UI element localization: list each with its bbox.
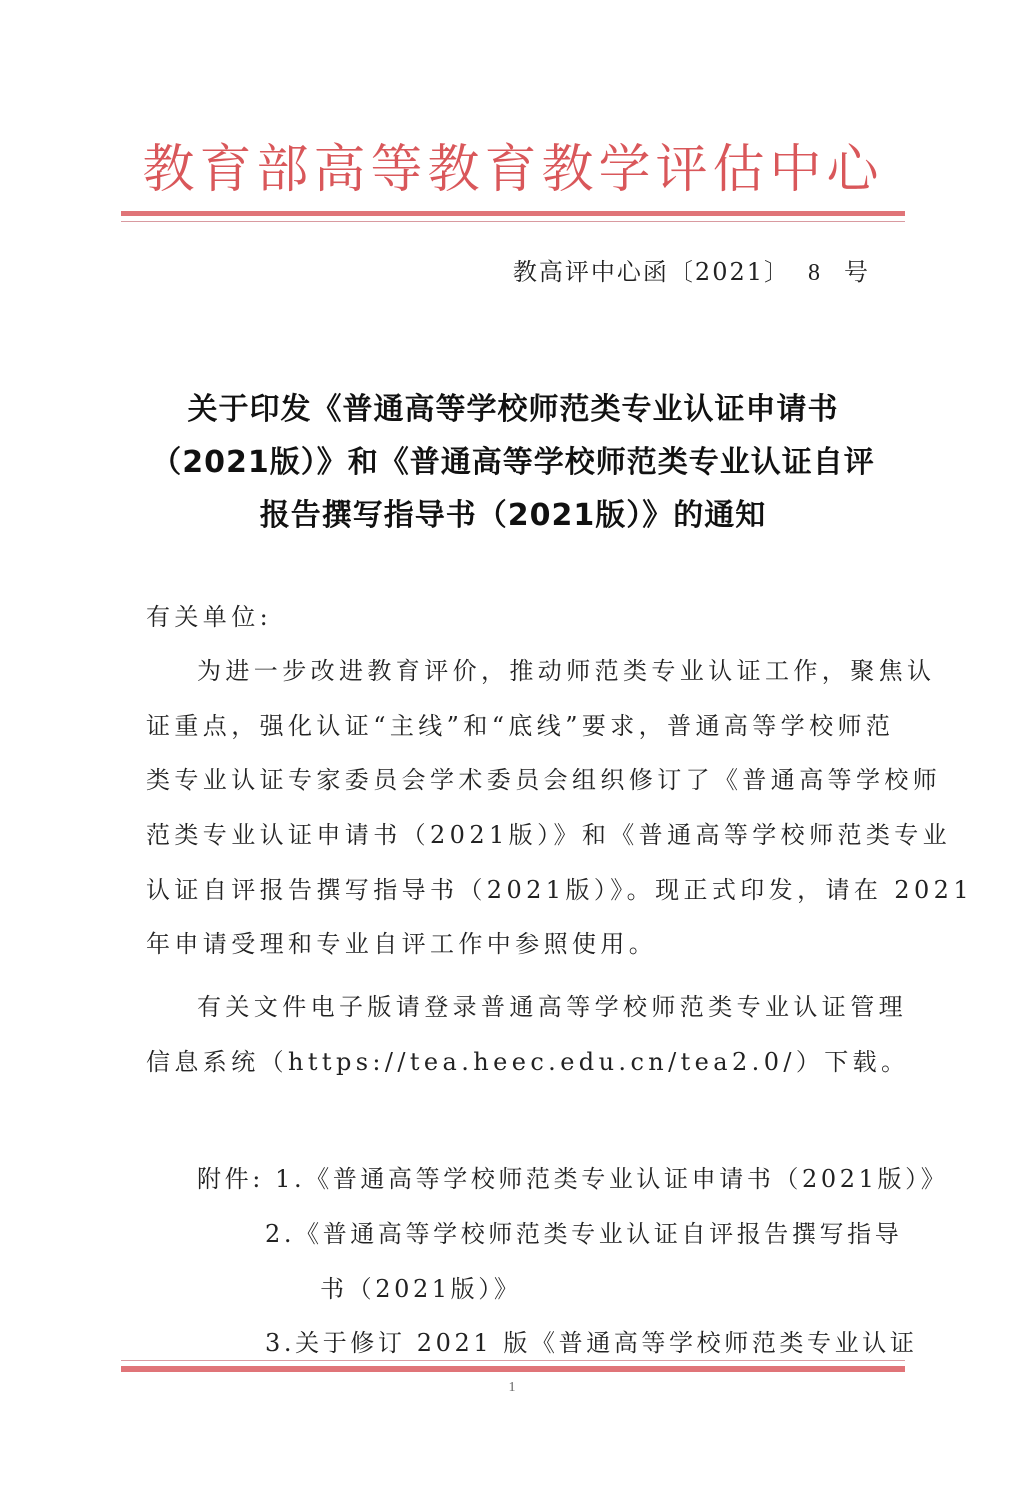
title-line: （2021版）》和《普通高等学校师范类专业认证自评 — [120, 436, 906, 489]
document-page: 教育部高等教育教学评估中心 教高评中心函〔2021〕8号 关于印发《普通高等学校… — [0, 0, 1024, 1499]
paragraph-1-line: 认证自评报告撰写指导书（2021版）》。现正式印发，请在 2021 — [146, 872, 868, 908]
paragraph-1-line: 范类专业认证申请书（2021版）》和《普通高等学校师范类专业 — [146, 817, 868, 853]
attachment-item: 3.关于修订 2021 版《普通高等学校师范类专业认证 — [265, 1325, 917, 1361]
masthead-red-rule — [121, 211, 905, 216]
footer-thin-rule — [121, 1360, 905, 1361]
attachment-item-continued: 书（2021版）》 — [320, 1271, 521, 1307]
title-line: 关于印发《普通高等学校师范类专业认证申请书 — [120, 383, 906, 436]
title-line: 报告撰写指导书（2021版）》的通知 — [120, 489, 906, 542]
attachments-label: 附件: — [197, 1165, 264, 1193]
paragraph-1-line: 证重点，强化认证“主线”和“底线”要求，普通高等学校师范 — [146, 708, 868, 744]
paragraph-1-line: 类专业认证专家委员会学术委员会组织修订了《普通高等学校师 — [146, 762, 868, 798]
attachments-list: 附件: 1.《普通高等学校师范类专业认证申请书（2021版）》 — [197, 1161, 948, 1197]
attachment-item: 2.《普通高等学校师范类专业认证自评报告撰写指导 — [265, 1216, 902, 1252]
paragraph-1-line: 为进一步改进教育评价，推动师范类专业认证工作，聚焦认 — [197, 653, 868, 689]
paragraph-2-line: 信息系统（https://tea.heec.edu.cn/tea2.0/）下载。 — [146, 1044, 868, 1080]
paragraph-1-line: 年申请受理和专业自评工作中参照使用。 — [146, 926, 868, 962]
footer-red-rule — [121, 1366, 905, 1372]
masthead-title: 教育部高等教育教学评估中心 — [120, 135, 906, 205]
attachment-item: 1.《普通高等学校师范类专业认证申请书（2021版）》 — [275, 1165, 948, 1193]
notice-title: 关于印发《普通高等学校师范类专业认证申请书 （2021版）》和《普通高等学校师范… — [120, 383, 906, 542]
doc-number-suffix: 号 — [844, 258, 870, 286]
doc-number-prefix: 教高评中心函〔2021〕 — [513, 258, 790, 286]
document-number: 教高评中心函〔2021〕8号 — [513, 254, 870, 291]
page-number: 1 — [0, 1380, 1024, 1396]
doc-number-value: 8 — [808, 255, 822, 291]
salutation: 有关单位: — [146, 599, 868, 635]
paragraph-2-line: 有关文件电子版请登录普通高等学校师范类专业认证管理 — [197, 989, 868, 1025]
masthead-thin-rule — [121, 221, 905, 222]
